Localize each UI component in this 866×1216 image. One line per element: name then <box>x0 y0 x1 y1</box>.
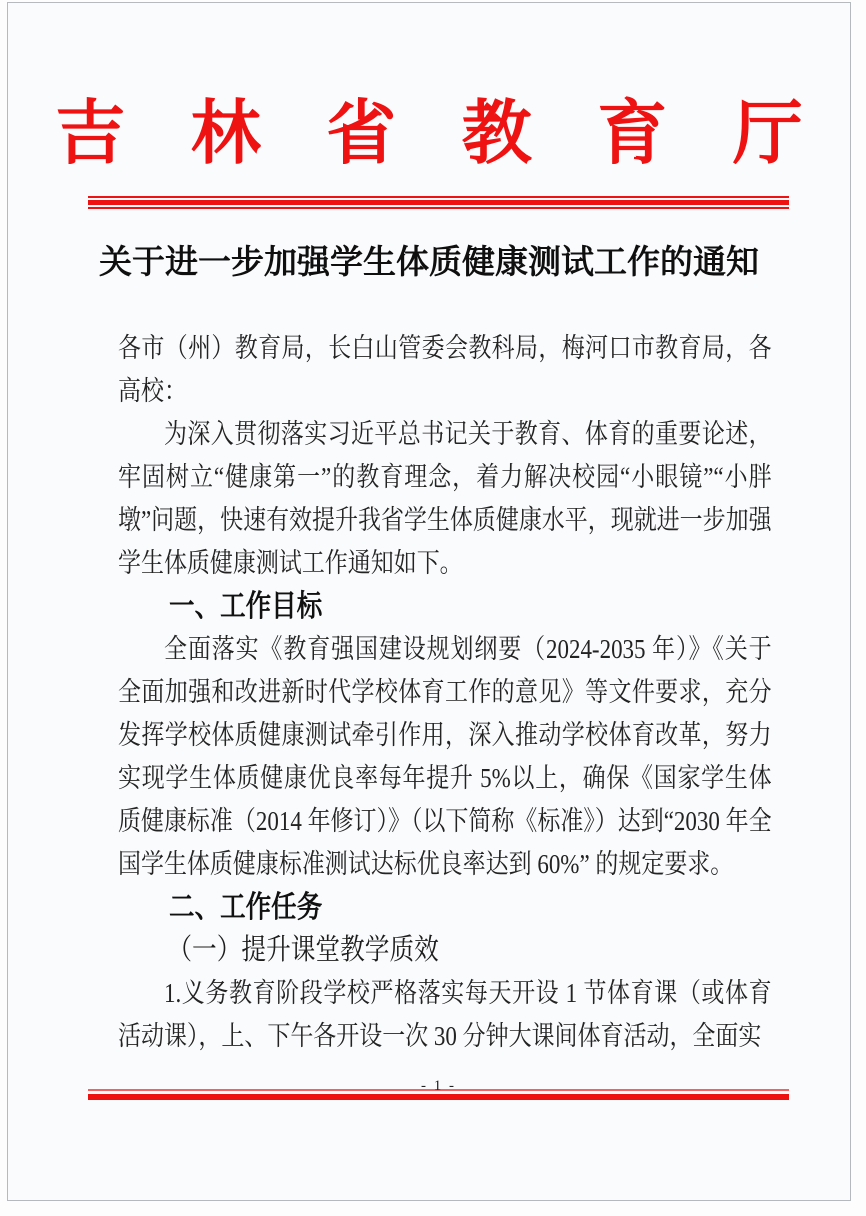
paragraph: 为深入贯彻落实习近平总书记关于教育、体育的重要论述，牢固树立“健康第一”的教育理… <box>118 413 772 585</box>
separator-thin-line-bottom <box>88 207 789 209</box>
paragraph: 1.义务教育阶段学校严格落实每天开设 1 节体育课（或体育活动课），上、下午各开… <box>118 972 772 1058</box>
document-page: 吉 林 省 教 育 厅 关于进一步加强学生体质健康测试工作的通知 各市（州）教育… <box>7 2 851 1201</box>
page-number: - 1 - <box>421 1079 456 1094</box>
letterhead-separator-line <box>88 196 789 209</box>
salutation: 各市（州）教育局，长白山管委会教科局，梅河口市教育局，各高校： <box>118 327 772 413</box>
page-footer: - 1 - <box>88 1089 789 1100</box>
paragraph: 全面落实《教育强国建设规划纲要（2024-2035 年）》《关于全面加强和改进新… <box>118 628 772 886</box>
document-body: 各市（州）教育局，长白山管委会教科局，梅河口市教育局，各高校：为深入贯彻落实习近… <box>118 327 772 1058</box>
section-heading: 一、工作目标 <box>118 585 772 628</box>
letterhead-org-name: 吉 林 省 教 育 厅 <box>8 95 850 175</box>
sub-heading: （一）提升课堂教学质效 <box>118 929 772 972</box>
document-title: 关于进一步加强学生体质健康测试工作的通知 <box>8 241 850 285</box>
footer-thick-red-line <box>88 1094 789 1100</box>
section-heading: 二、工作任务 <box>118 886 772 929</box>
